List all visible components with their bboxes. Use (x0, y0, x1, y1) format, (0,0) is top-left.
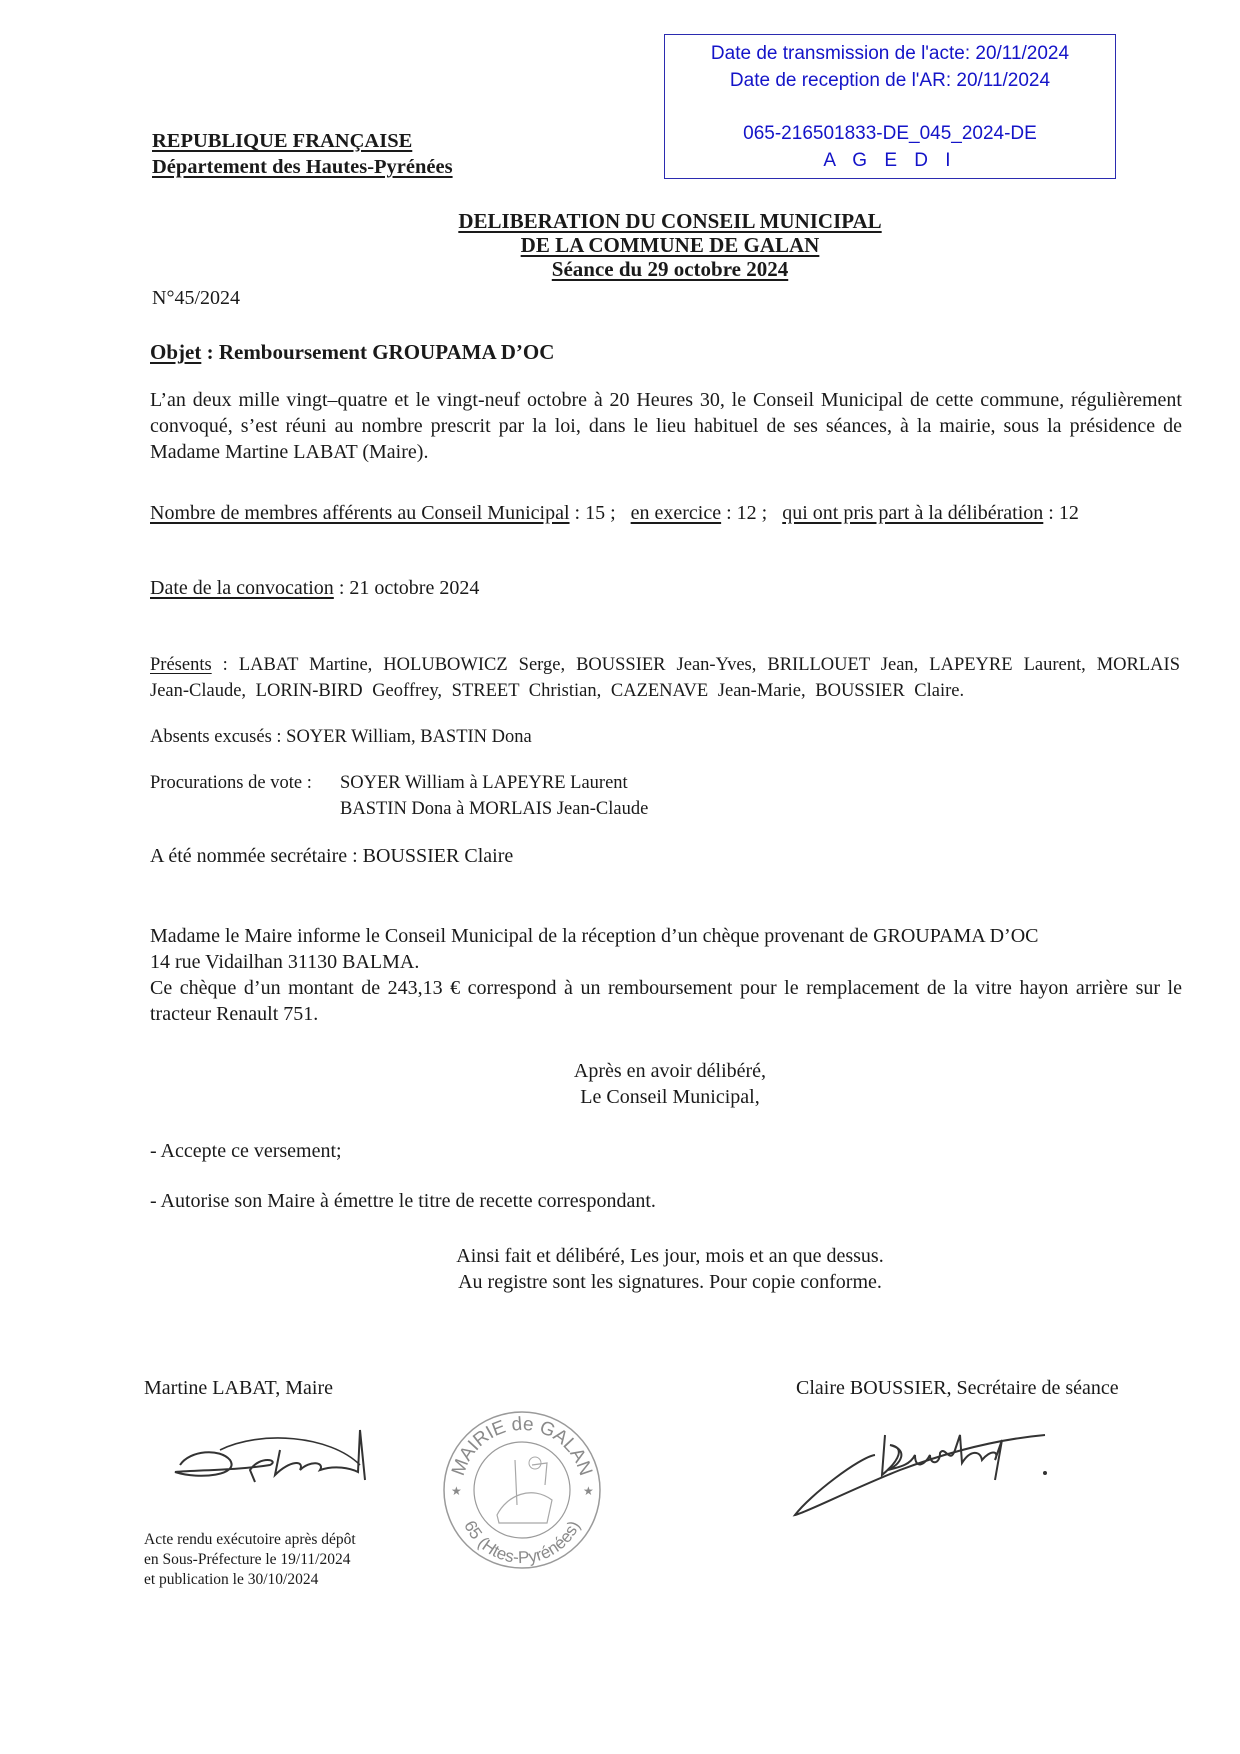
secretary-appointment: A été nommée secrétaire : BOUSSIER Clair… (150, 843, 1182, 869)
procuration-item: SOYER William à LAPEYRE Laurent (340, 770, 940, 796)
body-line-3: Ce chèque d’un montant de 243,13 € corre… (150, 975, 1182, 1027)
mayor-signature-label: Martine LABAT, Maire (144, 1377, 333, 1400)
republic-label: REPUBLIQUE FRANÇAISE (152, 128, 453, 154)
deliberation-number: N°45/2024 (152, 287, 240, 310)
afferents-value: : 15 ; (570, 502, 616, 524)
closing-formula: Ainsi fait et délibéré, Les jour, mois e… (400, 1243, 940, 1295)
executoire-note: Acte rendu exécutoire après dépôt en Sou… (144, 1530, 356, 1590)
session-date: Séance du 29 octobre 2024 (400, 257, 940, 281)
convocation-value: : 21 octobre 2024 (334, 577, 480, 599)
secretary-signature-icon (790, 1425, 1070, 1525)
reception-date: Date de reception de l'AR: 20/11/2024 (665, 67, 1115, 94)
body-paragraph: Madame le Maire informe le Conseil Munic… (150, 923, 1182, 1027)
subject-text: Remboursement GROUPAMA D’OC (219, 340, 555, 364)
absents-list: Absents excusés : SOYER William, BASTIN … (150, 724, 1182, 750)
transmission-date: Date de transmission de l'acte: 20/11/20… (665, 40, 1115, 67)
intro-paragraph: L’an deux mille vingt–quatre et le vingt… (150, 387, 1182, 465)
mayor-signature-icon (160, 1420, 380, 1500)
deliberation-formula: Après en avoir délibéré, Le Conseil Muni… (400, 1058, 940, 1110)
page-title: DELIBERATION DU CONSEIL MUNICIPAL DE LA … (400, 209, 940, 281)
body-line-2: 14 rue Vidailhan 31130 BALMA. (150, 949, 1182, 975)
document-header: REPUBLIQUE FRANÇAISE Département des Hau… (152, 128, 453, 180)
procurations-label: Procurations de vote : (150, 773, 312, 793)
title-line-1: DELIBERATION DU CONSEIL MUNICIPAL (400, 209, 940, 233)
svg-text:★: ★ (583, 1484, 594, 1498)
mairie-seal-icon: MAIRIE de GALAN 65 (Htes-Pyrénées) ★ ★ (437, 1405, 607, 1575)
svg-text:65 (Htes-Pyrénées): 65 (Htes-Pyrénées) (460, 1518, 584, 1568)
votants-label: qui ont pris part à la délibération (782, 502, 1043, 524)
svg-text:★: ★ (451, 1484, 462, 1498)
presents-value: : LABAT Martine, HOLUBOWICZ Serge, BOUSS… (150, 655, 1180, 701)
title-line-2: DE LA COMMUNE DE GALAN (400, 233, 940, 257)
act-reference: 065-216501833-DE_045_2024-DE (665, 120, 1115, 147)
procurations-items: SOYER William à LAPEYRE Laurent BASTIN D… (340, 770, 940, 822)
decision-2: - Autorise son Maire à émettre le titre … (150, 1188, 1182, 1214)
convocation-label: Date de la convocation (150, 577, 334, 599)
secretary-signature-label: Claire BOUSSIER, Secrétaire de séance (796, 1377, 1119, 1400)
procuration-item: BASTIN Dona à MORLAIS Jean-Claude (340, 796, 940, 822)
department-label: Département des Hautes-Pyrénées (152, 154, 453, 180)
presents-list: Présents : LABAT Martine, HOLUBOWICZ Ser… (150, 652, 1180, 704)
svg-text:MAIRIE de GALAN: MAIRIE de GALAN (448, 1414, 596, 1479)
subject: Objet : Remboursement GROUPAMA D’OC (150, 339, 1182, 365)
presents-label: Présents (150, 655, 212, 675)
agency-name: A G E D I (665, 147, 1115, 174)
convocation-date: Date de la convocation : 21 octobre 2024 (150, 575, 1182, 601)
transmission-stamp: Date de transmission de l'acte: 20/11/20… (664, 34, 1116, 179)
exercice-value: : 12 ; (721, 502, 767, 524)
afferents-label: Nombre de membres afférents au Conseil M… (150, 502, 570, 524)
members-count: Nombre de membres afférents au Conseil M… (150, 500, 1182, 526)
body-line-1: Madame le Maire informe le Conseil Munic… (150, 923, 1182, 949)
subject-label: Objet (150, 340, 201, 364)
votants-value: : 12 (1043, 502, 1079, 524)
decision-1: - Accepte ce versement; (150, 1138, 1182, 1164)
exercice-label: en exercice (631, 502, 721, 524)
